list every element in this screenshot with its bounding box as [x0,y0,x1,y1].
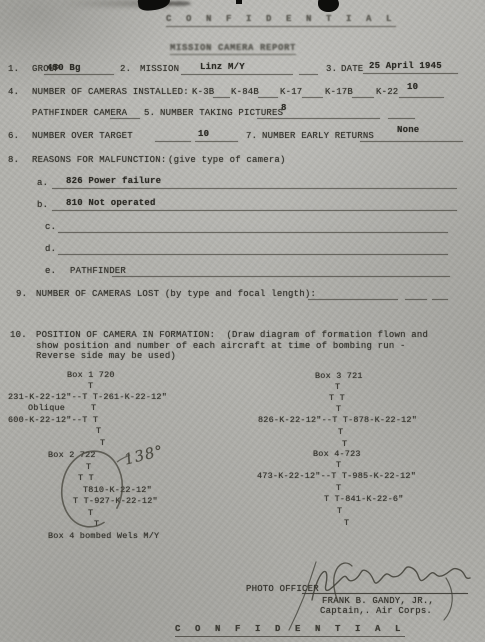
confidential-stamp-top: C O N F I D E N T I A L [166,14,396,27]
pathfinder-camera-blank [110,118,140,119]
item9-label: NUMBER OF CAMERAS LOST (by type and foca… [36,289,316,299]
box1-row6: T [100,439,105,449]
box3-row4: 826-K-22-12"--T T-878-K-22-12" [258,416,417,426]
item6-blank-b [195,141,238,142]
item5-value: 8 [281,103,287,113]
reason-b-blank [52,210,457,211]
heading-annotation: 138° [123,443,166,467]
item6-number: 6. [8,131,19,141]
camera-k17b-blank [352,97,374,98]
officer-rank: Captain,. Air Corps. [320,606,432,616]
box1-title: Box 1 720 [67,371,115,381]
mission-label: MISSION [140,64,179,74]
item3-number: 3. [326,64,337,74]
pathfinder-camera-label: PATHFINDER CAMERA [32,108,127,118]
camera-k3b-label: K-3B [192,87,214,97]
camera-k84b-label: K-84B [231,87,259,97]
box4-title: Box 4-723 [313,450,361,460]
item10-number: 10. [10,330,27,340]
item10-label: POSITION OF CAMERA IN FORMATION: [36,330,215,340]
item2-number: 2. [120,64,131,74]
group-blank-line [44,74,114,75]
mission-value: Linz M/Y [200,62,245,72]
camera-k17b-label: K-17B [325,87,353,97]
item7-label: NUMBER EARLY RETURNS [262,131,374,141]
reason-e-blank [112,276,450,277]
reason-d-letter: d. [45,244,56,254]
box2-row5: T [88,509,93,519]
mission-blank-dash [299,74,318,75]
box3-row5: T [338,428,343,438]
item8-label: REASONS FOR MALFUNCTION: [32,155,166,165]
ink-tick [236,0,242,4]
box2-row4: T T-927-K-22-12" [73,497,158,507]
item9-number: 9. [16,289,27,299]
box4-row2: 473-K-22-12"--T T-985-K-22-12" [257,472,416,482]
reason-a-blank [52,188,457,189]
item5-blank-dash [388,118,415,119]
date-value: 25 April 1945 [369,61,442,71]
box4-row5: T [337,507,342,517]
ink-blot-right [318,0,339,12]
camera-k22-value: 10 [407,82,418,92]
item7-value: None [397,125,419,135]
item8-hint: (give type of camera) [168,155,286,165]
reason-c-blank [58,232,448,233]
item5-label: NUMBER TAKING PICTURES [160,108,283,118]
box4-row1: T [336,461,341,471]
box4-row3: T [336,484,341,494]
box1-row5: T [96,427,101,437]
signature-descender-stroke [289,562,316,630]
reason-a-value: 826 Power failure [66,176,161,186]
box2-title: Box 2 722 [48,451,96,461]
box2-row2: T T [78,474,94,484]
camera-k84b-blank [258,97,278,98]
reason-d-blank [58,254,448,255]
box4-note: Box 4 bombed Wels M/Y [48,532,159,542]
box3-row3: T [336,405,341,415]
box1-row1: T [88,382,93,392]
item1-number: 1. [8,64,19,74]
officer-name: FRANK B. GANDY, JR., [322,596,434,606]
box4-row4: T T-841-K-22-6" [324,495,404,505]
camera-k17-blank [302,97,323,98]
group-value: 450 Bg [47,63,81,73]
reason-e-value: PATHFINDER [70,266,126,276]
item7-number: 7. [246,131,257,141]
item9-blank-a [308,299,398,300]
item5-blank-line [257,118,380,119]
box3-title: Box 3 721 [315,372,363,382]
reason-a-letter: a. [37,178,48,188]
camera-k22-label: K-22 [376,87,398,97]
camera-k3b-blank [213,97,230,98]
box1-oblique-label: Oblique [28,404,65,414]
page-title: MISSION CAMERA REPORT [170,43,296,55]
signature-tail-stroke [444,578,452,620]
item7-blank-line [360,141,463,142]
box2-row6: T [94,520,99,530]
camera-k17-label: K-17 [280,87,302,97]
ink-streak [167,1,191,6]
confidential-stamp-bottom: C O N F I D E N T I A L [175,624,405,637]
box1-row3-plane: T [91,404,96,414]
box3-row1: T [335,383,340,393]
reason-e-letter: e. [45,266,56,276]
ink-blot-left [137,0,171,12]
mission-blank-line [181,74,293,75]
scanned-camera-report-page: C O N F I D E N T I A L MISSION CAMERA R… [0,0,485,642]
item9-blank-b [405,299,427,300]
box2-row3: T810-K-22-12" [83,486,152,496]
signature-line [302,593,468,594]
item4-number: 4. [8,87,19,97]
item4-label: NUMBER OF CAMERAS INSTALLED: [32,87,189,97]
box1-row4: 600-K-22-12"--T T [8,416,98,426]
reason-b-value: 810 Not operated [66,198,156,208]
box3-row2: T T [329,394,345,404]
item9-blank-c [432,299,448,300]
box2-row1: T [86,463,91,473]
camera-k22-blank [399,97,444,98]
box4-row6: T [344,519,349,529]
item6-value: 10 [198,129,209,139]
item6-blank-a [155,141,191,142]
item10-text: POSITION OF CAMERA IN FORMATION: (Draw d… [36,330,450,362]
item6-label: NUMBER OVER TARGET [32,131,133,141]
date-label: DATE [341,64,363,74]
reason-c-letter: c. [45,222,56,232]
reason-b-letter: b. [37,200,48,210]
item8-number: 8. [8,155,19,165]
item5-number: 5. [144,108,155,118]
box1-row2: 231-K-22-12"--T T-261-K-22-12" [8,393,167,403]
date-blank-line [363,73,458,74]
